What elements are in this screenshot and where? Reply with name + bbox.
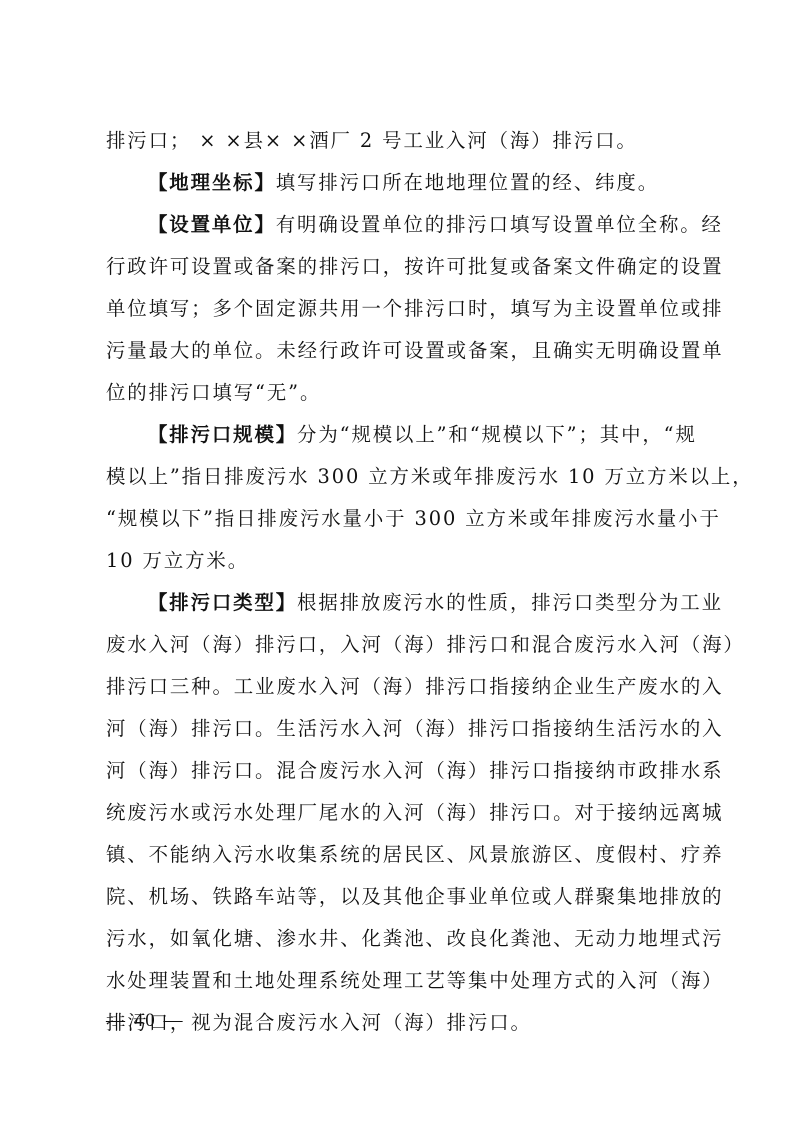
paragraph-outlet-scale: 【排污口规模】分为“规模以上”和“规模以下”；其中，“规 [106, 414, 696, 456]
paragraph-geo-coordinates: 【地理坐标】填写排污口所在地地理位置的经、纬度。 [106, 162, 696, 204]
paragraph-line: 院、机场、铁路车站等，以及其他企事业单位或人群聚集地排放的 [106, 876, 696, 918]
section-heading-setting-unit: 【设置单位】 [148, 213, 276, 236]
paragraph-line: 水处理装置和土地处理系统处理工艺等集中处理方式的入河（海） [106, 960, 696, 1002]
paragraph-text: 有明确设置单位的排污口填写设置单位全称。经 [276, 213, 723, 236]
paragraph-text: 根据排放废污水的性质，排污口类型分为工业 [297, 591, 723, 614]
document-body: 排污口； × ×县× ×酒厂 2 号工业入河（海）排污口。 【地理坐标】填写排污… [106, 120, 696, 1044]
document-page: 排污口； × ×县× ×酒厂 2 号工业入河（海）排污口。 【地理坐标】填写排污… [0, 0, 800, 1131]
paragraph-text: 填写排污口所在地地理位置的经、纬度。 [276, 171, 659, 194]
paragraph-line: 单位填写；多个固定源共用一个排污口时，填写为主设置单位或排 [106, 288, 696, 330]
section-heading-geo-coordinates: 【地理坐标】 [148, 171, 276, 194]
paragraph-continuation-line: 排污口； × ×县× ×酒厂 2 号工业入河（海）排污口。 [106, 120, 696, 162]
paragraph-line: 排污口，视为混合废污水入河（海）排污口。 [106, 1002, 696, 1044]
paragraph-setting-unit: 【设置单位】有明确设置单位的排污口填写设置单位全称。经 [106, 204, 696, 246]
paragraph-line: “规模以下”指日排废污水量小于 300 立方米或年排废污水量小于 [106, 498, 696, 540]
paragraph-line: 污量最大的单位。未经行政许可设置或备案，且确实无明确设置单 [106, 330, 696, 372]
section-heading-outlet-scale: 【排污口规模】 [148, 423, 297, 446]
paragraph-line: 废水入河（海）排污口，入河（海）排污口和混合废污水入河（海） [106, 624, 696, 666]
paragraph-line: 镇、不能纳入污水收集系统的居民区、风景旅游区、度假村、疗养 [106, 834, 696, 876]
page-number: — 40 — [106, 1006, 185, 1036]
paragraph-line: 污水，如氧化塘、渗水井、化粪池、改良化粪池、无动力地埋式污 [106, 918, 696, 960]
paragraph-line: 排污口三种。工业废水入河（海）排污口指接纳企业生产废水的入 [106, 666, 696, 708]
paragraph-text: 分为“规模以上”和“规模以下”；其中，“规 [297, 423, 697, 446]
paragraph-line: 统废污水或污水处理厂尾水的入河（海）排污口。对于接纳远离城 [106, 792, 696, 834]
paragraph-line: 10 万立方米。 [106, 540, 696, 582]
paragraph-line: 模以上”指日排废污水 300 立方米或年排废污水 10 万立方米以上， [106, 456, 696, 498]
paragraph-line: 行政许可设置或备案的排污口，按许可批复或备案文件确定的设置 [106, 246, 696, 288]
section-heading-outlet-type: 【排污口类型】 [148, 591, 297, 614]
paragraph-line: 河（海）排污口。混合废污水入河（海）排污口指接纳市政排水系 [106, 750, 696, 792]
paragraph-outlet-type: 【排污口类型】根据排放废污水的性质，排污口类型分为工业 [106, 582, 696, 624]
paragraph-line: 河（海）排污口。生活污水入河（海）排污口指接纳生活污水的入 [106, 708, 696, 750]
paragraph-line: 位的排污口填写“无”。 [106, 372, 696, 414]
